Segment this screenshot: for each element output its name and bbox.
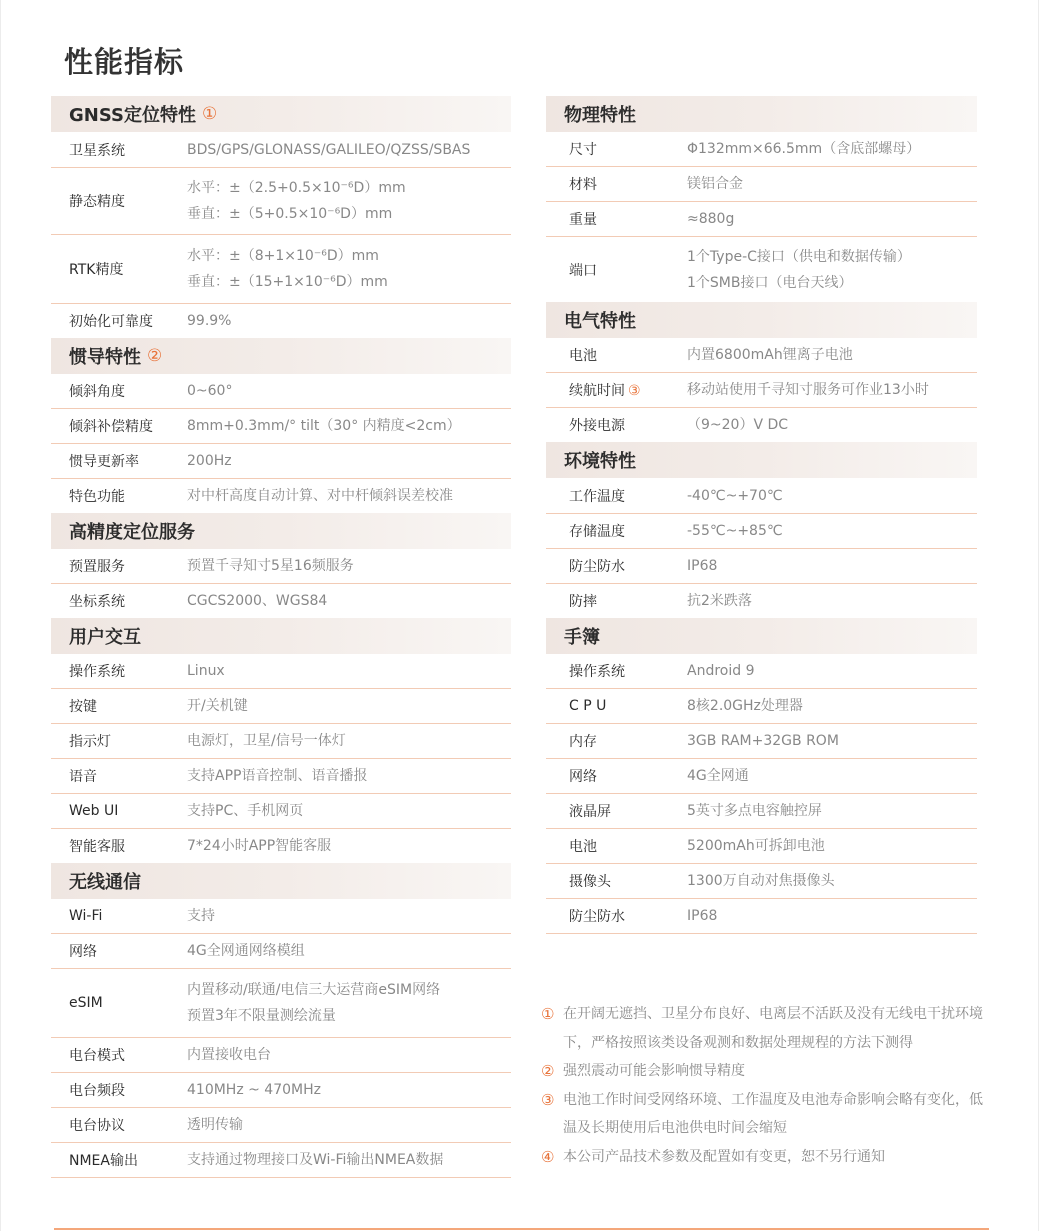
footnote-item: ④ 本公司产品技术参数及配置如有变更，恕不另行通知 xyxy=(541,1143,991,1172)
spec-label: 内存 xyxy=(546,731,687,751)
spec-row: 存储温度 -55℃~+85℃ xyxy=(546,514,977,549)
spec-row: NMEA输出 支持通过物理接口及Wi-Fi输出NMEA数据 xyxy=(51,1143,511,1178)
spec-label: 预置服务 xyxy=(51,556,187,576)
spec-label: RTK精度 xyxy=(51,259,187,279)
footnote-item: ② 强烈震动可能会影响惯导精度 xyxy=(541,1057,991,1086)
spec-label: eSIM xyxy=(51,995,187,1011)
spec-row: 网络 4G全网通 xyxy=(546,759,977,794)
spec-label: 智能客服 xyxy=(51,836,187,856)
spec-label: C P U xyxy=(546,698,687,714)
spec-row: 电池 内置6800mAh锂离子电池 xyxy=(546,338,977,373)
spec-row: 预置服务 预置千寻知寸5星16频服务 xyxy=(51,549,511,584)
spec-value: -55℃~+85℃ xyxy=(687,518,783,544)
spec-value: BDS/GPS/GLONASS/GALILEO/QZSS/SBAS xyxy=(187,137,470,163)
spec-label: 摄像头 xyxy=(546,871,687,891)
section-title: 用户交互 xyxy=(69,623,141,649)
spec-value: 内置6800mAh锂离子电池 xyxy=(687,342,853,368)
spec-row: 防尘防水 IP68 xyxy=(546,899,977,934)
footnote-text: 强烈震动可能会影响惯导精度 xyxy=(563,1057,991,1086)
footnote-text: 本公司产品技术参数及配置如有变更，恕不另行通知 xyxy=(563,1143,991,1172)
footnote-text: 电池工作时间受网络环境、工作温度及电池寿命影响会略有变化，低温及长期使用后电池供… xyxy=(563,1086,991,1143)
footnote-item: ③ 电池工作时间受网络环境、工作温度及电池寿命影响会略有变化，低温及长期使用后电… xyxy=(541,1086,991,1143)
section-title: 电气特性 xyxy=(564,307,636,333)
page-title: 性能指标 xyxy=(64,40,184,81)
section-title: 手簿 xyxy=(564,623,600,649)
spec-value: 镁铝合金 xyxy=(687,171,743,197)
spec-label: 网络 xyxy=(546,766,687,786)
spec-label: 操作系统 xyxy=(546,661,687,681)
spec-value: ≈880g xyxy=(687,206,734,232)
spec-label: Wi-Fi xyxy=(51,908,187,924)
spec-label: 卫星系统 xyxy=(51,140,187,160)
spec-row: 初始化可靠度 99.9% xyxy=(51,304,511,338)
section-ui-header: 用户交互 xyxy=(51,618,511,654)
section-handheld-header: 手簿 xyxy=(546,618,977,654)
spec-label: 指示灯 xyxy=(51,731,187,751)
footnote-item: ① 在开阔无遮挡、卫星分布良好、电离层不活跃及没有无线电干扰环境下，严格按照该类… xyxy=(541,1000,991,1057)
spec-row: 内存 3GB RAM+32GB ROM xyxy=(546,724,977,759)
footnote-number: ③ xyxy=(541,1086,563,1143)
spec-value: 对中杆高度自动计算、对中杆倾斜误差校准 xyxy=(187,483,453,509)
spec-value: 开/关机键 xyxy=(187,693,248,719)
spec-row: 防尘防水 IP68 xyxy=(546,549,977,584)
spec-row: RTK精度 水平：±（8+1×10⁻⁶D）mm垂直：±（15+1×10⁻⁶D）m… xyxy=(51,235,511,304)
spec-label: 静态精度 xyxy=(51,191,187,211)
section-env-header: 环境特性 xyxy=(546,442,977,478)
section-elec-header: 电气特性 xyxy=(546,302,977,338)
spec-value: （9~20）V DC xyxy=(687,412,788,438)
spec-value: 水平：±（8+1×10⁻⁶D）mm垂直：±（15+1×10⁻⁶D）mm xyxy=(187,243,388,295)
spec-value: 5英寸多点电容触控屏 xyxy=(687,798,822,824)
spec-label: 倾斜角度 xyxy=(51,381,187,401)
spec-value: Android 9 xyxy=(687,658,754,684)
section-gnss-header: GNSS定位特性 ① xyxy=(51,96,511,132)
spec-row: 静态精度 水平：±（2.5+0.5×10⁻⁶D）mm垂直：±（5+0.5×10⁻… xyxy=(51,168,511,235)
spec-label: 续航时间③ xyxy=(546,380,687,400)
spec-value: 4G全网通网络模组 xyxy=(187,938,305,964)
spec-label: 材料 xyxy=(546,174,687,194)
footnotes: ① 在开阔无遮挡、卫星分布良好、电离层不活跃及没有无线电干扰环境下，严格按照该类… xyxy=(541,1000,991,1171)
spec-value: 5200mAh可拆卸电池 xyxy=(687,833,825,859)
spec-row: eSIM 内置移动/联通/电信三大运营商eSIM网络预置3年不限量测绘流量 xyxy=(51,969,511,1038)
spec-label: 重量 xyxy=(546,209,687,229)
spec-value: 支持APP语音控制、语音播报 xyxy=(187,763,367,789)
spec-row: 坐标系统 CGCS2000、WGS84 xyxy=(51,584,511,618)
spec-value: 预置千寻知寸5星16频服务 xyxy=(187,553,354,579)
spec-label: NMEA输出 xyxy=(51,1150,187,1170)
spec-value: 410MHz ~ 470MHz xyxy=(187,1077,321,1103)
spec-row: 惯导更新率 200Hz xyxy=(51,444,511,479)
footnote-number: ② xyxy=(541,1057,563,1086)
spec-value: 200Hz xyxy=(187,448,232,474)
spec-row: 防摔 抗2米跌落 xyxy=(546,584,977,618)
spec-label: 电池 xyxy=(546,836,687,856)
spec-row: 电台频段 410MHz ~ 470MHz xyxy=(51,1073,511,1108)
spec-label: 电池 xyxy=(546,345,687,365)
spec-value: -40℃~+70℃ xyxy=(687,483,783,509)
spec-row: 倾斜角度 0~60° xyxy=(51,374,511,409)
spec-label: Web UI xyxy=(51,803,187,819)
spec-row: 材料 镁铝合金 xyxy=(546,167,977,202)
spec-value: 1个Type-C接口（供电和数据传输）1个SMB接口（电台天线） xyxy=(687,244,911,296)
spec-value: 水平：±（2.5+0.5×10⁻⁶D）mm垂直：±（5+0.5×10⁻⁶D）mm xyxy=(187,175,406,227)
spec-label: 初始化可靠度 xyxy=(51,311,187,331)
spec-value: 99.9% xyxy=(187,308,231,334)
section-title: 惯导特性 xyxy=(69,343,141,369)
spec-value: 支持 xyxy=(187,903,215,929)
spec-row: 电池 5200mAh可拆卸电池 xyxy=(546,829,977,864)
section-hp-header: 高精度定位服务 xyxy=(51,513,511,549)
section-wireless-header: 无线通信 xyxy=(51,863,511,899)
spec-value: 1300万自动对焦摄像头 xyxy=(687,868,835,894)
bottom-divider xyxy=(54,1228,989,1230)
spec-row: 智能客服 7*24小时APP智能客服 xyxy=(51,829,511,863)
spec-label: 网络 xyxy=(51,941,187,961)
spec-value: 3GB RAM+32GB ROM xyxy=(687,728,839,754)
spec-value: 8核2.0GHz处理器 xyxy=(687,693,803,719)
spec-row: C P U 8核2.0GHz处理器 xyxy=(546,689,977,724)
spec-row: 操作系统 Android 9 xyxy=(546,654,977,689)
right-column: 物理特性 尺寸 Φ132mm×66.5mm（含底部螺母） 材料 镁铝合金 重量 … xyxy=(546,96,977,934)
spec-value: 0~60° xyxy=(187,378,232,404)
spec-row: 操作系统 Linux xyxy=(51,654,511,689)
footnote-number: ④ xyxy=(541,1143,563,1172)
section-title: 环境特性 xyxy=(564,447,636,473)
spec-row: 工作温度 -40℃~+70℃ xyxy=(546,478,977,514)
spec-value: 电源灯，卫星/信号一体灯 xyxy=(187,728,346,754)
spec-row: 网络 4G全网通网络模组 xyxy=(51,934,511,969)
spec-value: 支持通过物理接口及Wi-Fi输出NMEA数据 xyxy=(187,1147,443,1173)
footnote-text: 在开阔无遮挡、卫星分布良好、电离层不活跃及没有无线电干扰环境下，严格按照该类设备… xyxy=(563,1000,991,1057)
spec-label: 电台协议 xyxy=(51,1115,187,1135)
spec-label: 外接电源 xyxy=(546,415,687,435)
spec-row: 端口 1个Type-C接口（供电和数据传输）1个SMB接口（电台天线） xyxy=(546,237,977,302)
spec-row: 外接电源 （9~20）V DC xyxy=(546,408,977,442)
spec-label: 尺寸 xyxy=(546,139,687,159)
spec-value: Φ132mm×66.5mm（含底部螺母） xyxy=(687,136,920,162)
footnote-marker-1: ① xyxy=(202,104,217,124)
section-title: 高精度定位服务 xyxy=(69,518,195,544)
section-title: 物理特性 xyxy=(564,101,636,127)
spec-label: 惯导更新率 xyxy=(51,451,187,471)
spec-value: Linux xyxy=(187,658,225,684)
section-title: 无线通信 xyxy=(69,868,141,894)
footnote-marker-2: ② xyxy=(147,346,162,366)
spec-value: 抗2米跌落 xyxy=(687,588,752,614)
spec-row: 倾斜补偿精度 8mm+0.3mm/° tilt（30° 内精度<2cm） xyxy=(51,409,511,444)
spec-label: 语音 xyxy=(51,766,187,786)
spec-row: 卫星系统 BDS/GPS/GLONASS/GALILEO/QZSS/SBAS xyxy=(51,132,511,168)
footnote-marker-3: ③ xyxy=(628,383,641,399)
spec-label: 防摔 xyxy=(546,591,687,611)
spec-row: 按键 开/关机键 xyxy=(51,689,511,724)
spec-label: 电台模式 xyxy=(51,1045,187,1065)
section-ins-header: 惯导特性 ② xyxy=(51,338,511,374)
spec-label: 液晶屏 xyxy=(546,801,687,821)
section-phys-header: 物理特性 xyxy=(546,96,977,132)
spec-value: 8mm+0.3mm/° tilt（30° 内精度<2cm） xyxy=(187,413,461,439)
spec-label: 坐标系统 xyxy=(51,591,187,611)
spec-row: 语音 支持APP语音控制、语音播报 xyxy=(51,759,511,794)
spec-label: 存储温度 xyxy=(546,521,687,541)
spec-label: 倾斜补偿精度 xyxy=(51,416,187,436)
spec-value: 内置移动/联通/电信三大运营商eSIM网络预置3年不限量测绘流量 xyxy=(187,977,440,1029)
spec-row: 液晶屏 5英寸多点电容触控屏 xyxy=(546,794,977,829)
spec-label: 特色功能 xyxy=(51,486,187,506)
section-title: GNSS定位特性 xyxy=(69,101,196,127)
spec-row: Web UI 支持PC、手机网页 xyxy=(51,794,511,829)
spec-value: 内置接收电台 xyxy=(187,1042,271,1068)
spec-value: 透明传输 xyxy=(187,1112,243,1138)
spec-row: 摄像头 1300万自动对焦摄像头 xyxy=(546,864,977,899)
spec-label: 端口 xyxy=(546,260,687,280)
spec-row: 电台模式 内置接收电台 xyxy=(51,1038,511,1073)
spec-row: Wi-Fi 支持 xyxy=(51,899,511,934)
left-column: GNSS定位特性 ① 卫星系统 BDS/GPS/GLONASS/GALILEO/… xyxy=(51,96,511,1178)
spec-value: 支持PC、手机网页 xyxy=(187,798,303,824)
spec-label: 工作温度 xyxy=(546,486,687,506)
spec-value: 移动站使用千寻知寸服务可作业13小时 xyxy=(687,377,929,403)
spec-label: 防尘防水 xyxy=(546,556,687,576)
spec-label: 按键 xyxy=(51,696,187,716)
spec-value: 4G全网通 xyxy=(687,763,749,789)
spec-label: 防尘防水 xyxy=(546,906,687,926)
spec-value: IP68 xyxy=(687,903,717,929)
spec-row: 尺寸 Φ132mm×66.5mm（含底部螺母） xyxy=(546,132,977,167)
footnote-number: ① xyxy=(541,1000,563,1057)
spec-row: 特色功能 对中杆高度自动计算、对中杆倾斜误差校准 xyxy=(51,479,511,513)
spec-value: 7*24小时APP智能客服 xyxy=(187,833,331,859)
spec-value: CGCS2000、WGS84 xyxy=(187,588,327,614)
spec-row: 续航时间③ 移动站使用千寻知寸服务可作业13小时 xyxy=(546,373,977,408)
spec-row: 电台协议 透明传输 xyxy=(51,1108,511,1143)
spec-label: 电台频段 xyxy=(51,1080,187,1100)
spec-row: 指示灯 电源灯，卫星/信号一体灯 xyxy=(51,724,511,759)
spec-row: 重量 ≈880g xyxy=(546,202,977,237)
spec-label: 操作系统 xyxy=(51,661,187,681)
spec-value: IP68 xyxy=(687,553,717,579)
